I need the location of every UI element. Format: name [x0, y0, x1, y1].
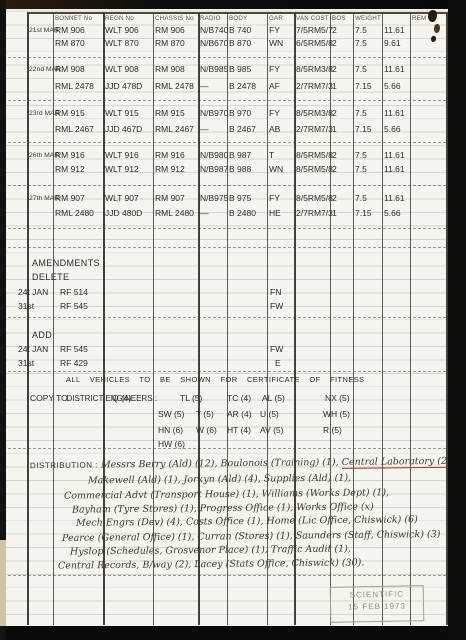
table-row: 23rd MARRM 915WLT 915RM 915N/B970B 970FY…	[27, 108, 448, 121]
cell: 7/5RM5/7	[294, 25, 330, 38]
cell: RML 2478	[53, 81, 103, 94]
cell: 11.61	[382, 25, 410, 38]
cell: 7.5	[353, 64, 382, 77]
cell: 8/5RM3/8	[294, 64, 330, 77]
cell: 8/5RM5/8	[294, 164, 330, 177]
cell: WLT 915	[103, 108, 153, 121]
amendment-ref: RF 545	[60, 344, 88, 354]
cell: 2	[330, 193, 353, 206]
cell: 2	[330, 38, 353, 51]
cell: RM 907	[53, 193, 103, 206]
cell: JJD 478D	[103, 81, 153, 94]
cell: T	[267, 150, 294, 163]
row-separator	[8, 228, 446, 229]
cell	[27, 124, 53, 137]
cell: N/B970	[198, 108, 227, 121]
row-separator	[8, 317, 446, 318]
cell: WN	[267, 38, 294, 51]
cell	[410, 38, 448, 51]
cell: FY	[267, 25, 294, 38]
scan-border-bottom	[0, 626, 466, 640]
cell: RML 2467	[153, 124, 198, 137]
cell: RML 2480	[53, 208, 103, 221]
amendment-code: FW	[270, 301, 283, 311]
cell	[410, 25, 448, 38]
cell: RM 916	[153, 150, 198, 163]
stamp-date: 15 FEB 1973	[331, 601, 423, 612]
cell: U (5)	[260, 409, 323, 419]
amendments-delete-label: DELETE	[32, 272, 69, 282]
cell: RML 2478	[153, 81, 198, 94]
cell: WH (5)	[323, 409, 350, 419]
cell: AL (5)	[262, 393, 325, 403]
date-stamp: SCIENTIFIC 15 FEB 1973	[330, 585, 425, 623]
scan-edge-strip	[0, 540, 6, 626]
cell: WLT 870	[103, 38, 153, 51]
cell: 7.5	[353, 164, 382, 177]
cell: 7.15	[353, 81, 382, 94]
cell: 7.5	[353, 38, 382, 51]
cell: JJD 467D	[103, 124, 153, 137]
amendment-date: 31st	[18, 301, 34, 311]
cell: 8/5RM3/8	[294, 108, 330, 121]
copy-to-label: COPY TO	[30, 393, 62, 403]
cell: 2/7RM7/3	[294, 81, 330, 94]
scan-border-top	[0, 0, 466, 9]
cell: N/B975	[198, 193, 227, 206]
cell: 5.66	[382, 208, 410, 221]
grid-line	[27, 13, 29, 625]
cell: 5.66	[382, 124, 410, 137]
cell: RML 2480	[153, 208, 198, 221]
cell	[410, 164, 448, 177]
cell: 2	[330, 64, 353, 77]
cell: RM 908	[53, 64, 103, 77]
row-separator	[8, 575, 446, 576]
cell: 7.15	[353, 208, 382, 221]
cell: FY	[267, 64, 294, 77]
amendment-date: 24t JAN	[18, 287, 48, 297]
cell: 1	[330, 208, 353, 221]
row-separator	[8, 185, 446, 186]
cell: 27th MAR	[27, 193, 53, 206]
cell: 2	[330, 108, 353, 121]
cell: TL (5)	[180, 393, 227, 403]
amendment-code: FN	[270, 287, 281, 297]
cell: B 740	[227, 25, 267, 38]
cell: RM 870	[53, 38, 103, 51]
cell: 23rd MAR	[27, 108, 53, 121]
table-row: RML 2478JJD 478DRML 2478—B 2478AF2/7RM7/…	[27, 81, 448, 94]
cell: 7.15	[353, 124, 382, 137]
cell	[27, 81, 53, 94]
amendment-code: E	[275, 358, 281, 368]
cell: B 988	[227, 164, 267, 177]
cell: 11.61	[382, 108, 410, 121]
amendments-add-label: ADD	[32, 330, 52, 340]
cell: WLT 916	[103, 150, 153, 163]
cell	[27, 208, 53, 221]
table-row: 26th MARRM 916WLT 916RM 916N/B980B 987T8…	[27, 150, 448, 163]
cell: —	[198, 208, 227, 221]
cell: N/B740	[198, 25, 227, 38]
cell: T (5)	[196, 409, 227, 419]
cell: AB	[267, 124, 294, 137]
cell: 8/5RM5/8	[294, 193, 330, 206]
cell: B 2467	[227, 124, 267, 137]
scanned-ledger-page: BONNET NoREGN NoCHASSIS NoRADIOBODYGARVA…	[0, 0, 466, 640]
distribution-label: DISTRIBUTION :	[30, 460, 98, 470]
cell: HE	[267, 208, 294, 221]
cell: HW (6)	[158, 439, 196, 449]
cell: WN	[267, 164, 294, 177]
cell: 11.61	[382, 164, 410, 177]
cell: 2/7RM7/3	[294, 124, 330, 137]
cell: AF	[267, 81, 294, 94]
cell: —	[198, 124, 227, 137]
cell	[410, 64, 448, 77]
cell: RM 912	[153, 164, 198, 177]
cell: 8/5RM5/8	[294, 150, 330, 163]
cell	[410, 150, 448, 163]
cell: FY	[267, 108, 294, 121]
cell	[410, 81, 448, 94]
cell: SW (5)	[158, 409, 196, 419]
amendment-ref: RF 545	[60, 301, 88, 311]
cell: RM 908	[153, 64, 198, 77]
cell: 5.66	[382, 81, 410, 94]
cell: RM 916	[53, 150, 103, 163]
certificate-note: ALL VEHICLES TO BE SHOWN FOR CERTIFICATE…	[66, 375, 365, 384]
cell	[410, 108, 448, 121]
cell: B 870	[227, 38, 267, 51]
cell: 26th MAR	[27, 150, 53, 163]
amendment-code: FW	[270, 344, 283, 354]
amendment-ref: RF 429	[60, 358, 88, 368]
engineer-codes-row: HW (6)	[158, 434, 323, 452]
amendments-title: AMENDMENTS ·	[32, 258, 106, 268]
cell: N/B670	[198, 38, 227, 51]
cell: 2	[330, 150, 353, 163]
cell: 11.61	[382, 193, 410, 206]
cell: WLT 906	[103, 25, 153, 38]
cell: 9.61	[382, 38, 410, 51]
amendment-date: 31st	[18, 358, 34, 368]
cell: 2	[330, 164, 353, 177]
cell: RM 907	[153, 193, 198, 206]
cell: B 985	[227, 64, 267, 77]
cell: RM 906	[153, 25, 198, 38]
cell	[410, 208, 448, 221]
cell: 6/5RM5/8	[294, 38, 330, 51]
row-separator	[8, 142, 446, 143]
table-row: RM 870WLT 870RM 870N/B670B 870WN6/5RM5/8…	[27, 38, 448, 51]
stamp-office: SCIENTIFIC	[331, 589, 423, 600]
cell	[27, 164, 53, 177]
amendment-ref: RF 514	[60, 287, 88, 297]
table-row: RML 2480JJD 480DRML 2480—B 2480HE2/7RM7/…	[27, 208, 448, 221]
cell: RM 915	[153, 108, 198, 121]
cell: RM 915	[53, 108, 103, 121]
cell: RM 906	[53, 25, 103, 38]
cell: B 975	[227, 193, 267, 206]
cell: 11.61	[382, 64, 410, 77]
cell: 11.61	[382, 150, 410, 163]
cell: 2	[330, 25, 353, 38]
row-separator	[8, 371, 446, 372]
cell: N/B987	[198, 164, 227, 177]
cell: NX (5)	[325, 393, 350, 403]
cell	[410, 193, 448, 206]
table-row: 22nd MARRM 908WLT 908RM 908N/B985B 985FY…	[27, 64, 448, 77]
cell: 22nd MAR	[27, 64, 53, 77]
cell: Q (4)	[112, 393, 180, 403]
amendment-date: 24t JAN	[18, 344, 48, 354]
table-row: RM 912WLT 912RM 912N/B987B 988WN8/5RM5/8…	[27, 164, 448, 177]
scan-border-right	[448, 0, 466, 640]
cell: B 2480	[227, 208, 267, 221]
cell: RM 912	[53, 164, 103, 177]
cell: 7.5	[353, 193, 382, 206]
cell: AR (4)	[227, 409, 260, 419]
cell: JJD 480D	[103, 208, 153, 221]
cell: RM 870	[153, 38, 198, 51]
cell: B 970	[227, 108, 267, 121]
table-row: RML 2467JJD 467DRML 2467—B 2467AB2/7RM7/…	[27, 124, 448, 137]
cell: —	[198, 81, 227, 94]
table-row: 21st MARRM 906WLT 906RM 906N/B740B 740FY…	[27, 25, 448, 38]
cell: FY	[267, 193, 294, 206]
grid-line	[53, 13, 54, 625]
cell: 21st MAR	[27, 25, 53, 38]
cell: 1	[330, 124, 353, 137]
cell: WLT 908	[103, 64, 153, 77]
cell: B 2478	[227, 81, 267, 94]
cell	[410, 124, 448, 137]
cell: N/B980	[198, 150, 227, 163]
cell: B 987	[227, 150, 267, 163]
cell	[27, 38, 53, 51]
cell: N/B985	[198, 64, 227, 77]
cell: 7.5	[353, 150, 382, 163]
cell: WLT 907	[103, 193, 153, 206]
cell: 7.5	[353, 108, 382, 121]
table-row: 27th MARRM 907WLT 907RM 907N/B975B 975FY…	[27, 193, 448, 206]
cell: 1	[330, 81, 353, 94]
cell: TC (4)	[227, 393, 262, 403]
row-separator	[8, 100, 446, 101]
cell: 2/7RM7/3	[294, 208, 330, 221]
row-separator	[8, 57, 446, 58]
distribution-underlined: Central Laboratory (2)	[342, 456, 451, 469]
cell: R (5)	[323, 425, 342, 435]
row-separator	[8, 247, 446, 248]
cell: 7.5	[353, 25, 382, 38]
cell: WLT 912	[103, 164, 153, 177]
cell: RML 2467	[53, 124, 103, 137]
